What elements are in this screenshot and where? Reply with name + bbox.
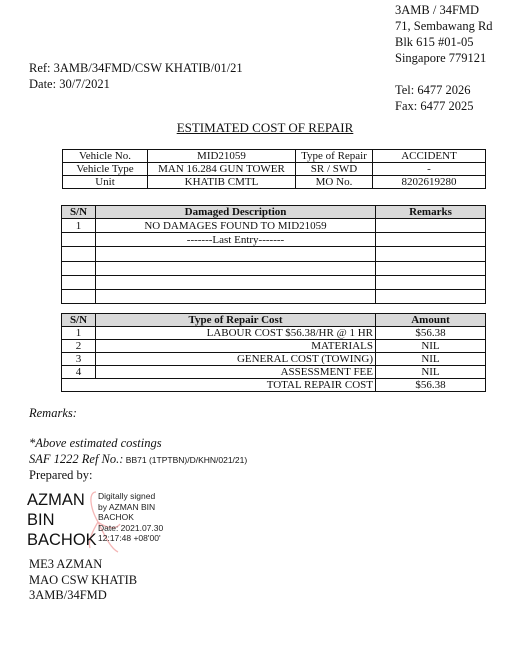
table-cell [376, 247, 486, 261]
preparer-name: ME3 AZMAN [29, 557, 137, 573]
table-cell [96, 289, 376, 303]
table-cell: NO DAMAGES FOUND TO MID21059 [96, 219, 376, 233]
saf-reference: SAF 1222 Ref No.: BB71 (1TPTBN)/D/KHN/02… [29, 452, 247, 469]
digital-signature-name[interactable]: AZMAN BIN BACHOK [27, 490, 97, 550]
cost-amount: NIL [376, 366, 486, 379]
preparer-unit: 3AMB/34FMD [29, 588, 137, 604]
table-cell: ACCIDENT [373, 150, 486, 163]
serial-number: 3 [62, 353, 96, 366]
table-row: 4ASSESSMENT FEENIL [62, 366, 486, 379]
sender-address: 3AMB / 34FMD 71, Sembawang Rd Blk 615 #0… [395, 2, 493, 114]
vehicle-info-table: Vehicle No.MID21059Type of RepairACCIDEN… [62, 149, 486, 189]
table-row: Vehicle No.MID21059Type of RepairACCIDEN… [63, 150, 486, 163]
cost-type: LABOUR COST $56.38/HR @ 1 HR [96, 327, 376, 340]
table-cell [376, 233, 486, 247]
telephone: Tel: 6477 2026 [395, 82, 493, 98]
table-row: 1LABOUR COST $56.38/HR @ 1 HR$56.38 [62, 327, 486, 340]
total-label: TOTAL REPAIR COST [62, 379, 376, 392]
column-header: Type of Repair Cost [96, 314, 376, 327]
column-header: Damaged Description [96, 206, 376, 219]
digital-signature-details[interactable]: Digitally signed by AZMAN BIN BACHOK Dat… [98, 491, 163, 544]
table-cell [62, 233, 96, 247]
table-cell [376, 261, 486, 275]
address-line: 71, Sembawang Rd [395, 18, 493, 34]
repair-cost-table: S/NType of Repair CostAmount 1LABOUR COS… [61, 313, 486, 392]
saf-label: SAF 1222 Ref No.: [29, 452, 123, 466]
fax: Fax: 6477 2025 [395, 98, 493, 114]
table-row [62, 275, 486, 289]
table-cell: MAN 16.284 GUN TOWER [148, 163, 296, 176]
table-row: UnitKHATIB CMTLMO No.8202619280 [63, 176, 486, 189]
serial-number: 1 [62, 327, 96, 340]
cost-type: GENERAL COST (TOWING) [96, 353, 376, 366]
table-row: 1NO DAMAGES FOUND TO MID21059 [62, 219, 486, 233]
table-cell [62, 289, 96, 303]
total-row: TOTAL REPAIR COST $56.38 [62, 379, 486, 392]
address-line: Singapore 779121 [395, 50, 493, 66]
table-cell: Type of Repair [296, 150, 373, 163]
table-row: 3GENERAL COST (TOWING)NIL [62, 353, 486, 366]
table-cell: -------Last Entry------- [96, 233, 376, 247]
serial-number: 4 [62, 366, 96, 379]
estimate-note: *Above estimated costings [29, 436, 247, 452]
table-cell [376, 289, 486, 303]
document-date: Date: 30/7/2021 [29, 77, 243, 93]
table-cell: Vehicle Type [63, 163, 148, 176]
address-line: Blk 615 #01-05 [395, 34, 493, 50]
table-cell [376, 219, 486, 233]
cost-type: ASSESSMENT FEE [96, 366, 376, 379]
table-row: -------Last Entry------- [62, 233, 486, 247]
reference-block: Ref: 3AMB/34FMD/CSW KHATIB/01/21 Date: 3… [29, 61, 243, 92]
table-cell [96, 261, 376, 275]
cost-amount: NIL [376, 340, 486, 353]
table-row [62, 247, 486, 261]
serial-number: 2 [62, 340, 96, 353]
prepared-by-label: Prepared by: [29, 468, 247, 484]
table-row: Vehicle TypeMAN 16.284 GUN TOWERSR / SWD… [63, 163, 486, 176]
column-header: Remarks [376, 206, 486, 219]
cost-amount: $56.38 [376, 327, 486, 340]
column-header: S/N [62, 314, 96, 327]
table-cell: KHATIB CMTL [148, 176, 296, 189]
preparer-block: ME3 AZMAN MAO CSW KHATIB 3AMB/34FMD [29, 557, 137, 604]
notes-block: *Above estimated costings SAF 1222 Ref N… [29, 436, 247, 484]
table-row: 2MATERIALSNIL [62, 340, 486, 353]
table-cell: SR / SWD [296, 163, 373, 176]
table-cell [96, 247, 376, 261]
table-cell: MID21059 [148, 150, 296, 163]
table-row [62, 261, 486, 275]
cost-type: MATERIALS [96, 340, 376, 353]
remarks-label: Remarks: [29, 406, 77, 421]
table-cell: Vehicle No. [63, 150, 148, 163]
table-cell [62, 247, 96, 261]
table-cell: - [373, 163, 486, 176]
table-cell: Unit [63, 176, 148, 189]
column-header: Amount [376, 314, 486, 327]
table-cell [376, 275, 486, 289]
table-cell: 1 [62, 219, 96, 233]
damage-table: S/NDamaged DescriptionRemarks 1NO DAMAGE… [61, 205, 486, 304]
address-line: 3AMB / 34FMD [395, 2, 493, 18]
table-cell: MO No. [296, 176, 373, 189]
column-header: S/N [62, 206, 96, 219]
preparer-title: MAO CSW KHATIB [29, 573, 137, 589]
saf-value: BB71 (1TPTBN)/D/KHN/021/21) [123, 455, 247, 465]
document-title: ESTIMATED COST OF REPAIR [0, 120, 530, 136]
table-row [62, 289, 486, 303]
table-cell [96, 275, 376, 289]
table-cell: 8202619280 [373, 176, 486, 189]
reference-number: Ref: 3AMB/34FMD/CSW KHATIB/01/21 [29, 61, 243, 77]
total-value: $56.38 [376, 379, 486, 392]
table-cell [62, 261, 96, 275]
table-cell [62, 275, 96, 289]
cost-amount: NIL [376, 353, 486, 366]
